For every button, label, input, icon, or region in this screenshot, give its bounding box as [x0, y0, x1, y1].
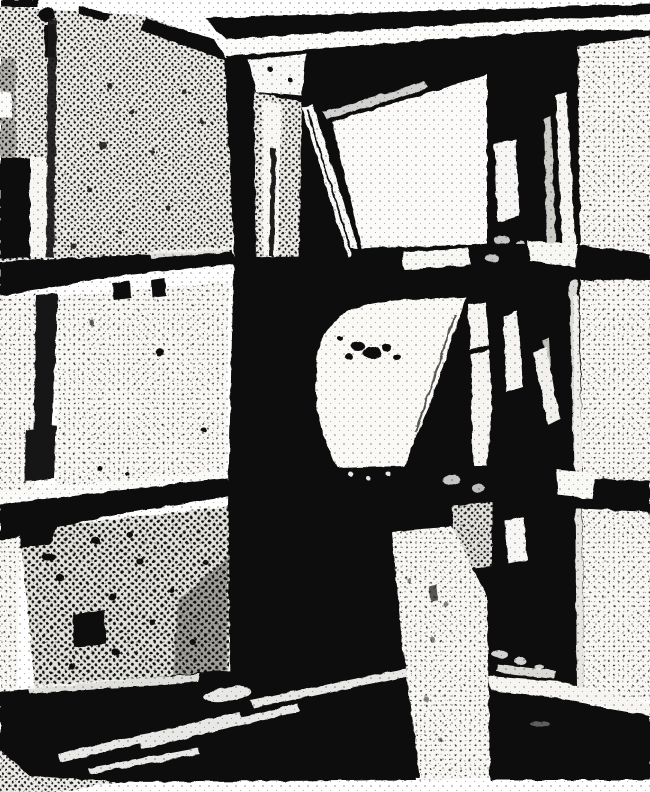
- halftone-photo-figure: [0, 0, 650, 792]
- building-photo-illustration: [0, 0, 650, 792]
- photo-canvas: [0, 0, 650, 792]
- halftone-grain-overlay: [0, 0, 650, 792]
